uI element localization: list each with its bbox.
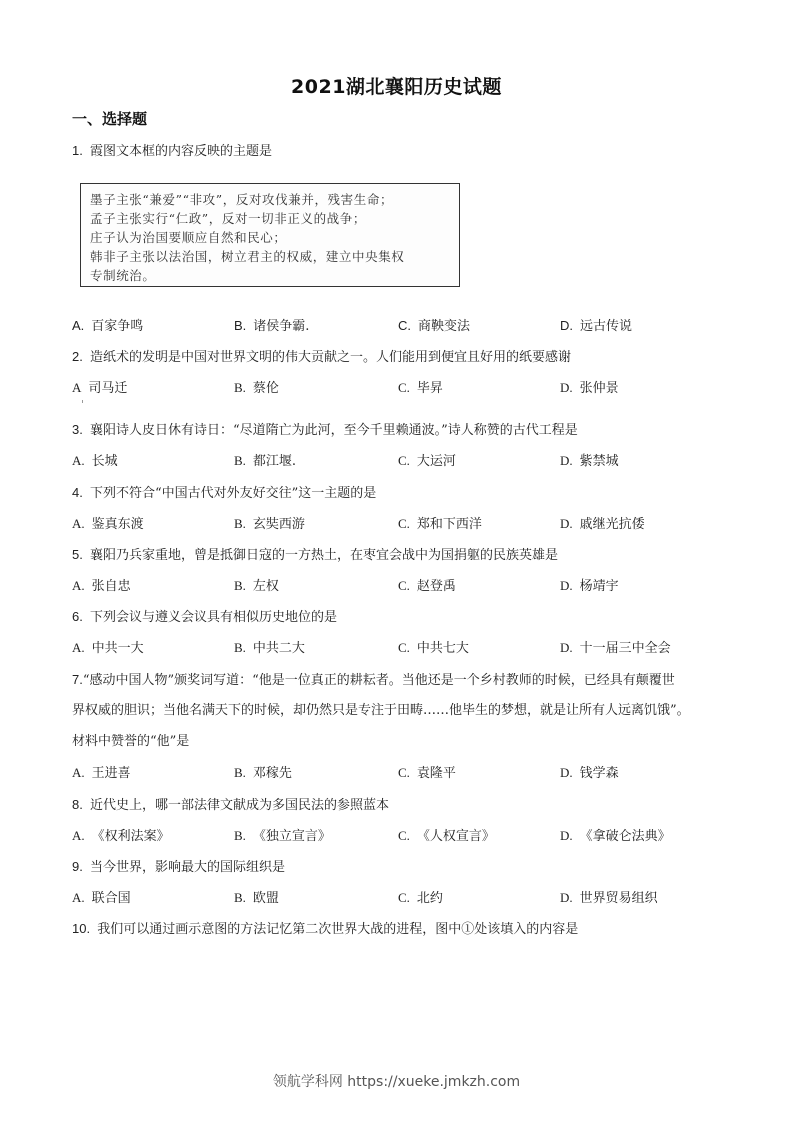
section-title: 一、选择题 [72, 108, 147, 129]
option-letter: C. [398, 828, 410, 843]
question-6-options: A.中共一大 B.中共二大 C.中共七大 D.十一届三中全会 [72, 639, 732, 657]
option-text: 远古传说 [580, 319, 632, 334]
option-text: 张自忠 [92, 579, 131, 594]
option-a[interactable]: A.百家争鸣 [72, 317, 143, 336]
option-letter: D. [560, 318, 573, 333]
quote-line: 墨子主张“兼爱”“非攻”，反对攻伐兼并，残害生命； [90, 190, 451, 209]
question-number: 10. [72, 921, 90, 936]
option-text: 《人权宣言》 [417, 829, 495, 844]
option-text: 张仲景 [580, 381, 619, 396]
option-c[interactable]: C.赵登禹 [398, 577, 456, 596]
option-letter: C. [398, 516, 410, 531]
question-text: 近代史上，哪一部法律文献成为多国民法的参照蓝本 [90, 798, 389, 813]
question-6-stem: 6. 下列会议与遵义会议具有相似历史地位的是 [72, 608, 337, 627]
option-text: 《权利法案》 [92, 829, 170, 844]
option-letter: B. [234, 578, 246, 593]
quote-line: 庄子认为治国要顺应自然和民心； [90, 228, 451, 247]
option-text: 钱学森 [580, 766, 619, 781]
question-2-options: A司马迁 B.蔡伦 C.毕昇 D.张仲景 [72, 379, 732, 397]
option-d[interactable]: D.紫禁城 [560, 452, 619, 471]
question-number: 1. [72, 143, 83, 158]
option-c[interactable]: C.商鞅变法 [398, 317, 470, 336]
option-letter: D. [560, 765, 573, 780]
option-c[interactable]: C.中共七大 [398, 639, 469, 658]
question-7-options: A.王进喜 B.邓稼先 C.袁隆平 D.钱学森 [72, 764, 732, 782]
quote-line: 韩非子主张以法治国，树立君主的权威，建立中央集权 [90, 247, 451, 266]
option-text: 联合国 [92, 891, 131, 906]
option-b[interactable]: B.都江堰. [234, 452, 296, 471]
option-text: 毕昇 [417, 381, 443, 396]
question-text: 我们可以通过画示意图的方法记忆第二次世界大战的进程，图中①处该填入的内容是 [97, 922, 578, 937]
question-1-stem: 1. 霞图文本框的内容反映的主题是 [72, 142, 272, 161]
option-text: 中共一大 [92, 641, 144, 656]
question-4-options: A.鉴真东渡 B.玄奘西游 C.郑和下西洋 D.戚继光抗倭 [72, 515, 732, 533]
option-text: 袁隆平 [417, 766, 456, 781]
option-letter: C. [398, 640, 410, 655]
option-letter: D. [560, 828, 573, 843]
question-5-stem: 5. 襄阳乃兵家重地，曾是抵御日寇的一方热土，在枣宜会战中为国捐躯的民族英雄是 [72, 546, 558, 565]
option-letter: B. [234, 765, 246, 780]
footer-watermark: 领航学科网 https://xueke.jmkzh.com [0, 1071, 793, 1091]
question-10-stem: 10. 我们可以通过画示意图的方法记忆第二次世界大战的进程，图中①处该填入的内容… [72, 920, 578, 939]
question-text: 界权威的胆识；当他名满天下的时候，却仍然只是专注于田畴……他毕生的梦想，就是让所… [72, 703, 690, 718]
question-number: 9. [72, 859, 83, 874]
question-7-stem: 7.“感动中国人物”颁奖词写道：“他是一位真正的耕耘者。当他还是一个乡村教师的时… [72, 671, 675, 690]
option-text: 诸侯争霸. [253, 319, 309, 334]
question-7-stem-line-2: 界权威的胆识；当他名满天下的时候，却仍然只是专注于田畴……他毕生的梦想，就是让所… [72, 702, 690, 720]
option-d[interactable]: D.远古传说 [560, 317, 632, 336]
option-text: 长城 [92, 454, 118, 469]
option-letter: B. [234, 516, 246, 531]
option-a[interactable]: A.联合国 [72, 889, 131, 908]
option-letter: A. [72, 765, 85, 780]
option-text: 蔡伦 [253, 381, 279, 396]
option-a[interactable]: A.《权利法案》 [72, 827, 170, 846]
option-text: 中共二大 [253, 641, 305, 656]
option-text: 《独立宣言》 [253, 829, 331, 844]
option-text: 商鞅变法 [418, 319, 470, 334]
option-d[interactable]: D.杨靖宇 [560, 577, 619, 596]
question-text: 襄阳诗人皮日休有诗日：“尽道隋亡为此河，至今千里赖通波。”诗人称赞的古代工程是 [90, 423, 578, 438]
option-letter: B. [234, 380, 246, 395]
option-letter: D. [560, 640, 573, 655]
option-letter: A. [72, 578, 85, 593]
option-b[interactable]: B.《独立宣言》 [234, 827, 331, 846]
quote-line: 专制统治。 [90, 266, 451, 285]
option-c[interactable]: C.郑和下西洋 [398, 515, 482, 534]
question-number: 8. [72, 797, 83, 812]
option-text: 大运河 [417, 454, 456, 469]
option-a[interactable]: A.长城 [72, 452, 118, 471]
question-5-options: A.张自忠 B.左权 C.赵登禹 D.杨靖宇 [72, 577, 732, 595]
option-letter: B. [234, 890, 246, 905]
option-a[interactable]: A.张自忠 [72, 577, 131, 596]
option-text: 左权 [253, 579, 279, 594]
option-letter: A. [72, 318, 84, 333]
question-7-stem-line-3: 材料中赞誉的“他”是 [72, 733, 189, 751]
option-text: 紫禁城 [580, 454, 619, 469]
option-text: 都江堰. [253, 454, 296, 469]
option-a[interactable]: A.鉴真东渡 [72, 515, 144, 534]
option-text: 十一届三中全会 [580, 641, 671, 656]
question-number: 6. [72, 609, 83, 624]
option-a[interactable]: A司马迁 [72, 379, 127, 398]
option-c[interactable]: C.袁隆平 [398, 764, 456, 783]
option-letter: C. [398, 453, 410, 468]
option-letter: C. [398, 890, 410, 905]
option-text: 玄奘西游 [253, 517, 305, 532]
option-d[interactable]: D.张仲景 [560, 379, 619, 398]
question-9-options: A.联合国 B.欧盟 C.北约 D.世界贸易组织 [72, 889, 732, 907]
option-letter: D. [560, 516, 573, 531]
option-text: 戚继光抗倭 [580, 517, 645, 532]
option-text: 杨靖宇 [580, 579, 619, 594]
option-text: 鉴真东渡 [92, 517, 144, 532]
question-text: “感动中国人物”颁奖词写道：“他是一位真正的耕耘者。当他还是一个乡村教师的时候，… [83, 673, 675, 688]
question-8-stem: 8. 近代史上，哪一部法律文献成为多国民法的参照蓝本 [72, 796, 389, 815]
question-text: 材料中赞誉的“他”是 [72, 734, 189, 749]
option-text: 欧盟 [253, 891, 279, 906]
option-b[interactable]: B.邓稼先 [234, 764, 292, 783]
option-b[interactable]: B.欧盟 [234, 889, 279, 908]
option-text: 中共七大 [417, 641, 469, 656]
option-letter: C. [398, 318, 411, 333]
option-letter: B. [234, 640, 246, 655]
option-d[interactable]: D.戚继光抗倭 [560, 515, 645, 534]
question-1-options: A.百家争鸣 B.诸侯争霸. C.商鞅变法 D.远古传说 [72, 317, 732, 335]
option-letter: C. [398, 765, 410, 780]
option-text: 赵登禹 [417, 579, 456, 594]
option-letter: C. [398, 578, 410, 593]
question-text: 霞图文本框的内容反映的主题是 [90, 144, 272, 159]
option-b[interactable]: B.左权 [234, 577, 279, 596]
option-letter: A. [72, 453, 85, 468]
option-a[interactable]: A.王进喜 [72, 764, 131, 783]
question-number: 4. [72, 485, 83, 500]
option-text: 世界贸易组织 [580, 891, 658, 906]
question-number: 5. [72, 547, 83, 562]
option-letter: A. [72, 516, 85, 531]
question-2-stem: 2. 造纸术的发明是中国对世界文明的伟大贡献之一。人们能用到便宜且好用的纸要感谢 [72, 348, 571, 367]
option-b[interactable]: B.玄奘西游 [234, 515, 305, 534]
option-letter: B. [234, 453, 246, 468]
option-letter: A. [72, 640, 85, 655]
question-text: 襄阳乃兵家重地，曾是抵御日寇的一方热土，在枣宜会战中为国捐躯的民族英雄是 [90, 548, 558, 563]
option-b[interactable]: B.诸侯争霸. [234, 317, 309, 336]
option-b[interactable]: B.蔡伦 [234, 379, 279, 398]
option-letter: D. [560, 380, 573, 395]
option-c[interactable]: C.毕昇 [398, 379, 443, 398]
option-letter: D. [560, 453, 573, 468]
option-letter: C. [398, 380, 410, 395]
question-number: 2. [72, 349, 83, 364]
quote-line: 孟子主张实行“仁政”，反对一切非正义的战争； [90, 209, 451, 228]
option-letter: A. [72, 890, 85, 905]
question-8-options: A.《权利法案》 B.《独立宣言》 C.《人权宣言》 D.《拿破仑法典》 [72, 827, 732, 845]
option-c[interactable]: C.《人权宣言》 [398, 827, 495, 846]
question-number: 7. [72, 672, 83, 687]
option-d[interactable]: D.钱学森 [560, 764, 619, 783]
option-c[interactable]: C.北约 [398, 889, 443, 908]
scan-speck [82, 400, 83, 403]
option-letter: D. [560, 578, 573, 593]
option-text: 郑和下西洋 [417, 517, 482, 532]
page-title: 2021湖北襄阳历史试题 [0, 72, 793, 99]
question-text: 当今世界，影响最大的国际组织是 [90, 860, 285, 875]
question-9-stem: 9. 当今世界，影响最大的国际组织是 [72, 858, 285, 877]
option-text: 司马迁 [88, 381, 127, 396]
option-a[interactable]: A.中共一大 [72, 639, 144, 658]
option-text: 王进喜 [92, 766, 131, 781]
question-text: 造纸术的发明是中国对世界文明的伟大贡献之一。人们能用到便宜且好用的纸要感谢 [90, 350, 571, 365]
question-4-stem: 4. 下列不符合“中国古代对外友好交往”这一主题的是 [72, 484, 376, 503]
question-3-options: A.长城 B.都江堰. C.大运河 D.紫禁城 [72, 452, 732, 470]
option-text: 北约 [417, 891, 443, 906]
option-text: 邓稼先 [253, 766, 292, 781]
option-letter: B. [234, 318, 246, 333]
option-c[interactable]: C.大运河 [398, 452, 456, 471]
option-letter: A [72, 380, 81, 395]
option-b[interactable]: B.中共二大 [234, 639, 305, 658]
question-number: 3. [72, 422, 83, 437]
question-text: 下列不符合“中国古代对外友好交往”这一主题的是 [90, 486, 376, 501]
option-d[interactable]: D.《拿破仑法典》 [560, 827, 671, 846]
question-text: 下列会议与遵义会议具有相似历史地位的是 [90, 610, 337, 625]
option-d[interactable]: D.世界贸易组织 [560, 889, 658, 908]
question-3-stem: 3. 襄阳诗人皮日休有诗日：“尽道隋亡为此河，至今千里赖通波。”诗人称赞的古代工… [72, 421, 578, 440]
option-letter: B. [234, 828, 246, 843]
quote-box: 墨子主张“兼爱”“非攻”，反对攻伐兼并，残害生命； 孟子主张实行“仁政”，反对一… [80, 183, 460, 287]
option-letter: A. [72, 828, 85, 843]
option-d[interactable]: D.十一届三中全会 [560, 639, 671, 658]
option-text: 百家争鸣 [91, 319, 143, 334]
option-letter: D. [560, 890, 573, 905]
option-text: 《拿破仑法典》 [580, 829, 671, 844]
